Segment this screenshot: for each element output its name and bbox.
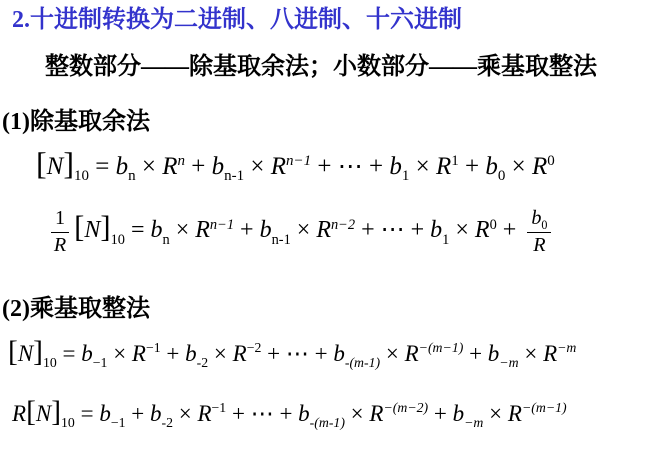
math-token: b (333, 341, 345, 366)
math-token: = (57, 341, 81, 366)
math-token: b (81, 341, 93, 366)
math-token: N (36, 401, 51, 426)
math-token: R (197, 401, 211, 426)
math-token: = (75, 401, 99, 426)
math-token: −1 (111, 415, 126, 430)
math-token: −m (464, 415, 483, 430)
math-token: R (271, 153, 286, 180)
math-token: + ⋯ + (261, 341, 333, 366)
math-token: R (12, 401, 26, 426)
math-token: × (519, 341, 543, 366)
math-token: + (234, 218, 260, 244)
math-token: 0 (541, 218, 547, 232)
math-token: b (531, 207, 541, 229)
math-token: × (380, 341, 404, 366)
math-token: N (18, 341, 33, 366)
math-token: R (369, 401, 383, 426)
math-token: R (132, 341, 146, 366)
math-token: -(m-1) (310, 415, 345, 430)
math-token: + (497, 218, 523, 244)
math-token: [ (26, 396, 36, 428)
math-token: -(m-1) (345, 355, 380, 370)
math-token: −(m−1) (522, 400, 567, 415)
math-token: 1 (442, 232, 449, 248)
math-token: −1 (212, 400, 227, 415)
math-fraction: b0R (527, 208, 551, 255)
math-token: b (453, 401, 465, 426)
formula-integer-expansion: [N]10 = bn × Rn + bn-1 × Rn−1 + ⋯ + b1 ×… (36, 142, 555, 190)
formula-content: 1R[N]10 = bn × Rn−1 + bn-1 × Rn−2 + ⋯ + … (46, 208, 556, 255)
math-token: 10 (74, 168, 89, 184)
math-token: b (485, 153, 498, 180)
math-token: 1 (55, 207, 65, 229)
math-token: × (345, 401, 369, 426)
math-token: −1 (93, 355, 108, 370)
slide: { "slide": { "background": "#ffffff", "t… (0, 0, 652, 449)
section-2-heading: (2)乘基取整法 (2, 296, 150, 322)
math-token: × (505, 153, 532, 180)
math-token: ] (100, 211, 110, 245)
math-token: × (449, 218, 475, 244)
math-token: + (463, 341, 487, 366)
math-token: n-1 (224, 168, 244, 184)
math-token: = (125, 218, 151, 244)
math-token: -2 (197, 355, 209, 370)
math-token: R (195, 218, 210, 244)
math-token: b (430, 218, 442, 244)
math-token: R (162, 153, 177, 180)
math-token: 1 (451, 153, 459, 169)
math-token: b (389, 153, 402, 180)
math-token: R (405, 341, 419, 366)
section-1-heading: (1)除基取余法 (2, 109, 150, 135)
math-token: + ⋯ + (355, 218, 430, 244)
math-token: + (459, 153, 486, 180)
math-token: 1 (402, 168, 410, 184)
math-token: n−1 (286, 153, 311, 169)
math-token: R (436, 153, 451, 180)
math-token: × (409, 153, 436, 180)
math-token: −m (557, 340, 576, 355)
math-token: 0 (490, 217, 497, 233)
math-token: ] (33, 336, 43, 368)
formula-integer-divided-by-radix: 1R[N]10 = bn × Rn−1 + bn-1 × Rn−2 + ⋯ + … (46, 196, 556, 268)
math-token: n (178, 153, 186, 169)
math-token: b (99, 401, 111, 426)
math-token: 10 (111, 232, 125, 248)
math-token: n-1 (272, 232, 291, 248)
math-token: × (173, 401, 197, 426)
math-token: b (116, 153, 129, 180)
math-token: × (483, 401, 507, 426)
math-token: R (508, 401, 522, 426)
math-token: b (260, 218, 272, 244)
formula-content: [N]10 = bn × Rn + bn-1 × Rn−1 + ⋯ + b1 ×… (36, 151, 555, 181)
slide-title: 2.十进制转换为二进制、八进制、十六进制 (12, 7, 462, 33)
math-token: R (532, 153, 547, 180)
math-token: = (89, 153, 116, 180)
formula-content: [N]10 = b−1 × R−1 + b-2 × R−2 + ⋯ + b-(m… (8, 341, 576, 367)
math-token: + (126, 401, 150, 426)
math-token: n−1 (210, 217, 234, 233)
math-token: R (533, 234, 545, 256)
math-token: + ⋯ + (311, 153, 389, 180)
math-token: ] (51, 396, 61, 428)
math-fraction: 1R (51, 208, 69, 255)
math-token: [ (8, 336, 18, 368)
math-token: 0 (498, 168, 506, 184)
formula-fraction-times-radix: R[N]10 = b−1 + b-2 × R−1 + ⋯ + b-(m-1) ×… (12, 386, 567, 442)
math-token: N (47, 153, 64, 180)
math-token: b (151, 218, 163, 244)
math-token: × (291, 218, 317, 244)
math-token: [ (36, 145, 47, 181)
slide-subtitle: 整数部分——除基取余法；小数部分——乘基取整法 (45, 54, 597, 80)
math-token: −(m−1) (419, 340, 464, 355)
math-token: b (298, 401, 310, 426)
math-token: b (185, 341, 197, 366)
math-token: × (136, 153, 163, 180)
math-token: 10 (61, 415, 75, 430)
math-token: [ (74, 211, 84, 245)
math-token: R (54, 234, 66, 256)
math-token: 0 (547, 153, 555, 169)
math-token: -2 (161, 415, 173, 430)
math-token: b (212, 153, 225, 180)
math-token: × (244, 153, 271, 180)
math-token: + (185, 153, 212, 180)
math-token: R (316, 218, 331, 244)
math-token: −1 (146, 340, 161, 355)
math-token: n (128, 168, 136, 184)
math-token: R (475, 218, 490, 244)
math-token: b (150, 401, 162, 426)
math-token: + (428, 401, 452, 426)
math-token: N (84, 218, 100, 244)
math-token: n (163, 232, 170, 248)
formula-content: R[N]10 = b−1 + b-2 × R−1 + ⋯ + b-(m-1) ×… (12, 401, 567, 427)
math-token: b (488, 341, 500, 366)
math-token: R (543, 341, 557, 366)
math-token: × (170, 218, 196, 244)
math-token: 10 (43, 355, 57, 370)
math-token: n−2 (331, 217, 355, 233)
formula-fraction-expansion: [N]10 = b−1 × R−1 + b-2 × R−2 + ⋯ + b-(m… (8, 328, 576, 380)
math-token: × (208, 341, 232, 366)
math-token: −m (499, 355, 518, 370)
math-token: × (107, 341, 131, 366)
math-token: R (233, 341, 247, 366)
math-token: ] (63, 145, 74, 181)
math-token: −(m−2) (383, 400, 428, 415)
math-token: + (161, 341, 185, 366)
math-token: −2 (247, 340, 262, 355)
math-token: + ⋯ + (226, 401, 298, 426)
